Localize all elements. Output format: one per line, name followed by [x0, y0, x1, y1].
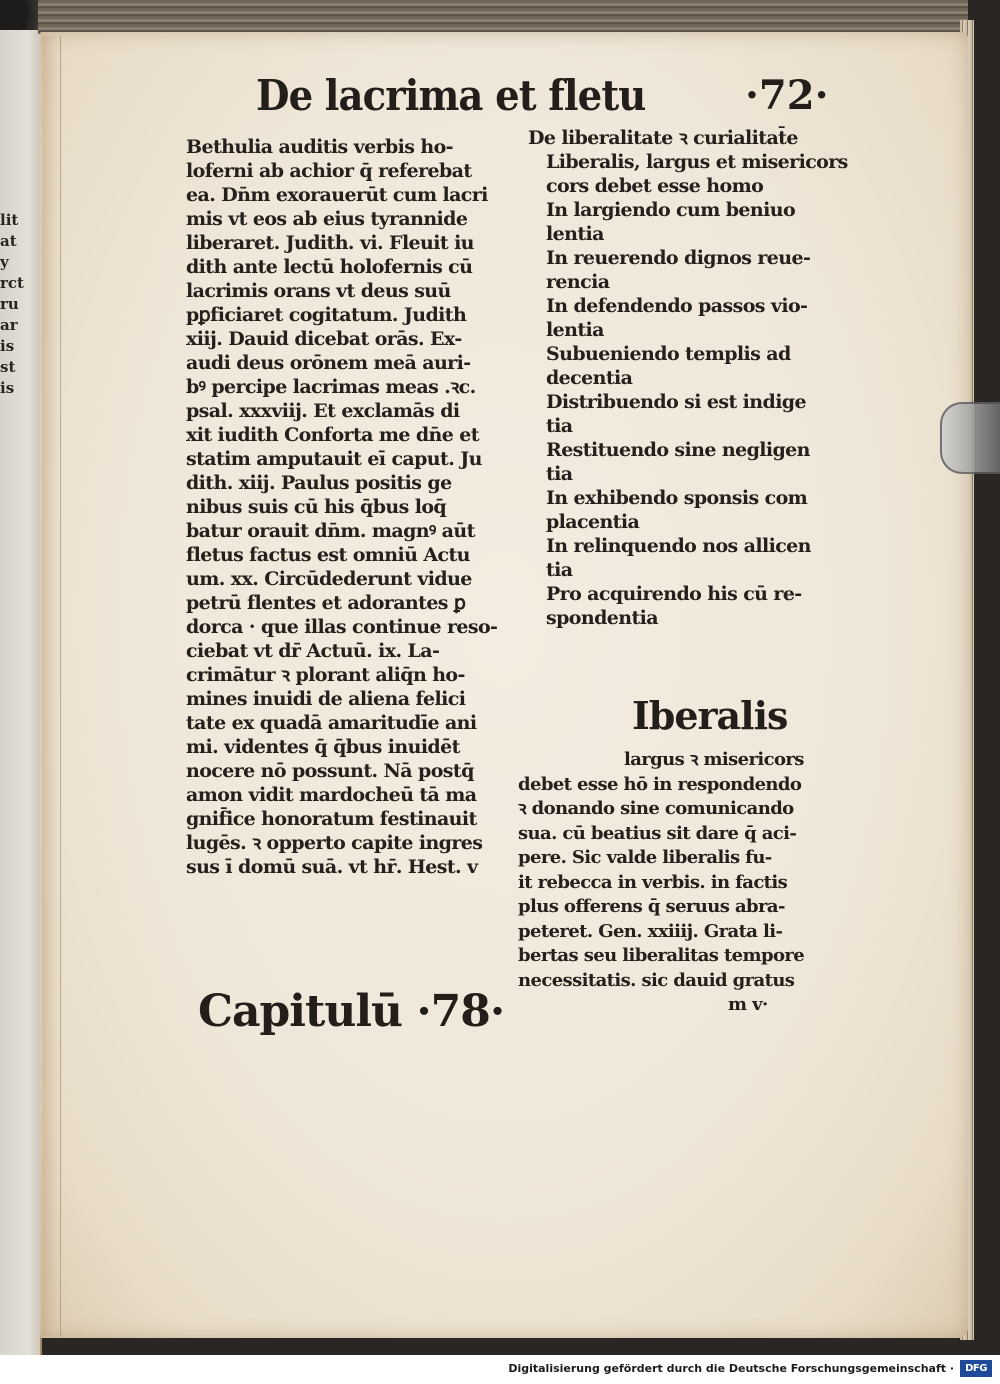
text-line: pere. Sic valde liberalis fu- — [518, 846, 838, 871]
facing-page-text: lit at y rct ru ar is st is — [0, 210, 14, 399]
text-line: dith. xiij. Paulus positis ge — [186, 471, 516, 495]
text-line: In relinquendo nos allicen — [528, 534, 828, 558]
text-line: ꝛ donando sine comunicando — [518, 797, 838, 822]
text-line: lentia — [528, 318, 828, 342]
book-scan: lit at y rct ru ar is st is De lacrima e… — [0, 0, 1000, 1355]
text-line: debet esse hō in respondendo — [518, 773, 838, 798]
text-line: audi deus orōnem meā auri- — [186, 351, 516, 375]
text-line: cors debet esse homo — [528, 174, 828, 198]
folio-number: ·72· — [745, 72, 829, 120]
text-line: Pro acquirendo his cū re- — [528, 582, 828, 606]
digitization-footer: Digitalisierung gefördert durch die Deut… — [0, 1355, 1000, 1384]
text-line: Bethulia auditis verbis ho- — [186, 135, 516, 159]
text-line: ea. Dn̄m exorauerūt cum lacri — [186, 183, 516, 207]
section-initial-heading: Iberalis — [632, 694, 787, 738]
text-line: peteret. Gen. xxiiij. Grata li- — [518, 920, 838, 945]
text-line: m v· — [518, 993, 838, 1018]
text-line: lentia — [528, 222, 828, 246]
text-line: De liberalitate ꝛ curialitat̄e — [528, 126, 828, 150]
text-line: spondentia — [528, 606, 828, 630]
text-line: mines inuidi de aliena felici — [186, 687, 516, 711]
text-line: lugēs. ꝛ opperto capite ingres — [186, 831, 516, 855]
text-line: mi. videntes q̄ q̄bus inuidēt — [186, 735, 516, 759]
page-holder-clip — [940, 402, 1000, 474]
text-line: tia — [528, 462, 828, 486]
text-line: sua. cū beatius sit dare q̄ aci- — [518, 822, 838, 847]
text-line: tate ex quadā amaritudīe ani — [186, 711, 516, 735]
text-line: um. xx. Circūdederunt vidue — [186, 567, 516, 591]
text-line: xit iudith Conforta me dn̄e et — [186, 423, 516, 447]
text-line: nocere nō possunt. Nā postq̄ — [186, 759, 516, 783]
text-line: bꝰ percipe lacrimas meas .ꝛc. — [186, 375, 516, 399]
facing-page-edge: lit at y rct ru ar is st is — [0, 30, 42, 1355]
text-line: Distribuendo si est indige — [528, 390, 828, 414]
text-line: it rebecca in verbis. in factis — [518, 871, 838, 896]
gutter-fold — [42, 36, 61, 1336]
text-line: largus ꝛ misericors — [518, 748, 838, 773]
text-line: tia — [528, 558, 828, 582]
running-head: De lacrima et fletu — [256, 72, 645, 120]
text-line: liberaret. Judith. vi. Fleuit iu — [186, 231, 516, 255]
text-line: In exhibendo sponsis com — [528, 486, 828, 510]
text-line: amon vidit mardocheū tā ma — [186, 783, 516, 807]
text-line: crimātur ꝛ plorant aliq̄n ho- — [186, 663, 516, 687]
text-line: ciebat vt dr̄ Actuū. ix. La- — [186, 639, 516, 663]
text-line: mis vt eos ab eius tyrannide — [186, 207, 516, 231]
text-line: gnif̄ice honoratum festinauit — [186, 807, 516, 831]
dfg-logo: DFG — [960, 1360, 992, 1377]
text-line: petrū flentes et adorantes ꝑ — [186, 591, 516, 615]
text-line: dith ante lectū holofernis cū — [186, 255, 516, 279]
text-line: Liberalis, largus et misericors — [528, 150, 828, 174]
text-line: xiij. Dauid dicebat orās. Ex- — [186, 327, 516, 351]
text-line: loferni ab achior q̄ referebat — [186, 159, 516, 183]
text-line: rencia — [528, 270, 828, 294]
text-line: decentia — [528, 366, 828, 390]
text-line: placentia — [528, 510, 828, 534]
text-line: Restituendo sine negligen — [528, 438, 828, 462]
page-stack-top-edge — [38, 0, 968, 34]
text-line: plus offerens q̄ seruus abra- — [518, 895, 838, 920]
text-line: batur orauit dn̄m. magnꝰ aūt — [186, 519, 516, 543]
text-line: lacrimis orans vt deus suū — [186, 279, 516, 303]
chapter-heading: Capitulū ·78· — [198, 986, 504, 1038]
text-line: Subueniendo templis ad — [528, 342, 828, 366]
text-line: In defendendo passos vio- — [528, 294, 828, 318]
text-line: necessitatis. sic dauid gratus — [518, 969, 838, 994]
text-line: bertas seu liberalitas tempore — [518, 944, 838, 969]
text-line: nibus suis cū his q̄bus loq̄ — [186, 495, 516, 519]
text-line: In largiendo cum beniuo — [528, 198, 828, 222]
text-line: In reuerendo dignos reue- — [528, 246, 828, 270]
funding-credit: Digitalisierung gefördert durch die Deut… — [508, 1362, 954, 1376]
text-line: statim amputauit eī caput. Ju — [186, 447, 516, 471]
right-text-column: De liberalitate ꝛ curialitat̄eLiberalis,… — [528, 126, 828, 630]
left-text-column: Bethulia auditis verbis ho-loferni ab ac… — [186, 135, 516, 879]
text-line: fletus factus est omniū Actu — [186, 543, 516, 567]
text-line: sus ī domū suā. vt hr̄. Hest. v — [186, 855, 516, 879]
text-line: psal. xxxviij. Et exclamās di — [186, 399, 516, 423]
text-line: pꝑficiaret cogitatum. Judith — [186, 303, 516, 327]
text-line: tia — [528, 414, 828, 438]
right-column-body: largus ꝛ misericorsdebet esse hō in resp… — [518, 748, 838, 1018]
text-line: dorca · que illas continue reso- — [186, 615, 516, 639]
